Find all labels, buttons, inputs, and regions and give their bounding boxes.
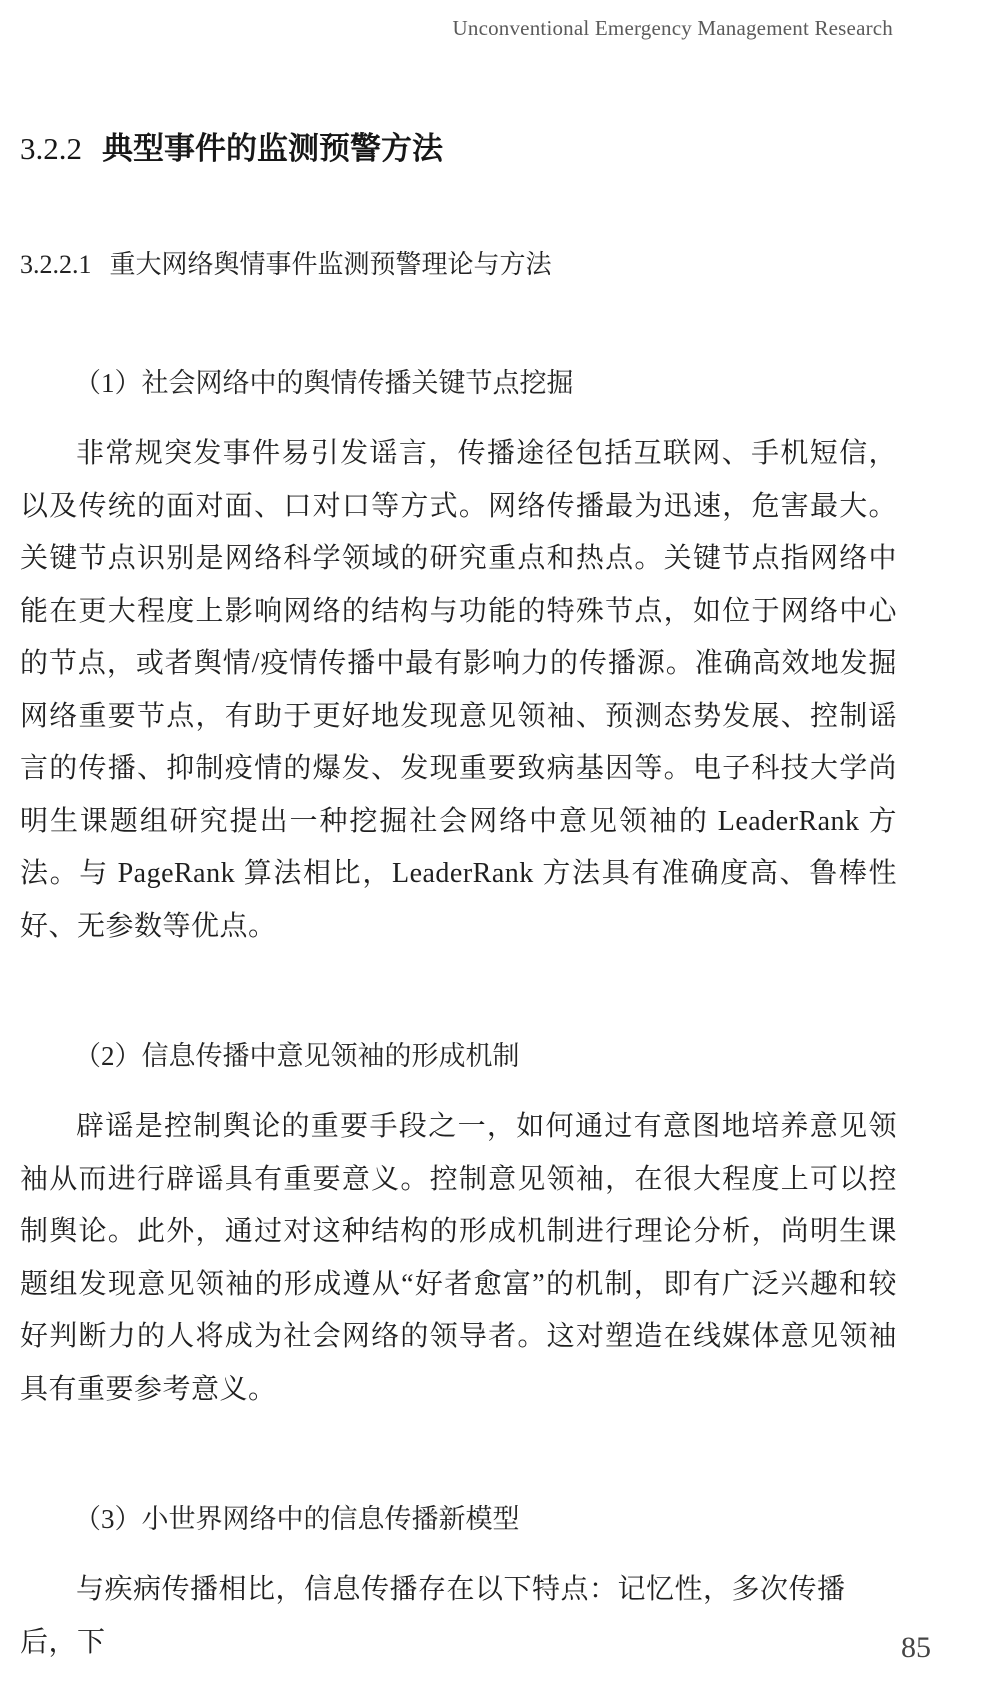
page-content: 3.2.2典型事件的监测预警方法 3.2.2.1重大网络舆情事件监测预警理论与方… — [20, 0, 897, 1669]
paragraph-3: 与疾病传播相比，信息传播存在以下特点：记忆性，多次传播后，下 — [20, 1564, 897, 1669]
section-number: 3.2.2 — [20, 131, 82, 166]
paragraph-2: 辟谣是控制舆论的重要手段之一，如何通过有意图地培养意见领袖从而进行辟谣具有重要意… — [20, 1101, 897, 1416]
paragraph-1: 非常规突发事件易引发谣言，传播途径包括互联网、手机短信，以及传统的面对面、口对口… — [20, 428, 897, 953]
page-number: 85 — [901, 1631, 931, 1665]
section-title: 典型事件的监测预警方法 — [102, 131, 443, 166]
item-heading-3: （3）小世界网络中的信息传播新模型 — [20, 1502, 897, 1536]
item-heading-2: （2）信息传播中意见领袖的形成机制 — [20, 1039, 897, 1073]
subsection-heading: 3.2.2.1重大网络舆情事件监测预警理论与方法 — [20, 249, 897, 280]
item-heading-1: （1）社会网络中的舆情传播关键节点挖掘 — [20, 366, 897, 400]
subsection-title: 重大网络舆情事件监测预警理论与方法 — [110, 249, 552, 279]
subsection-number: 3.2.2.1 — [20, 250, 92, 279]
section-heading: 3.2.2典型事件的监测预警方法 — [20, 130, 897, 167]
book-page: Unconventional Emergency Management Rese… — [0, 0, 981, 1693]
